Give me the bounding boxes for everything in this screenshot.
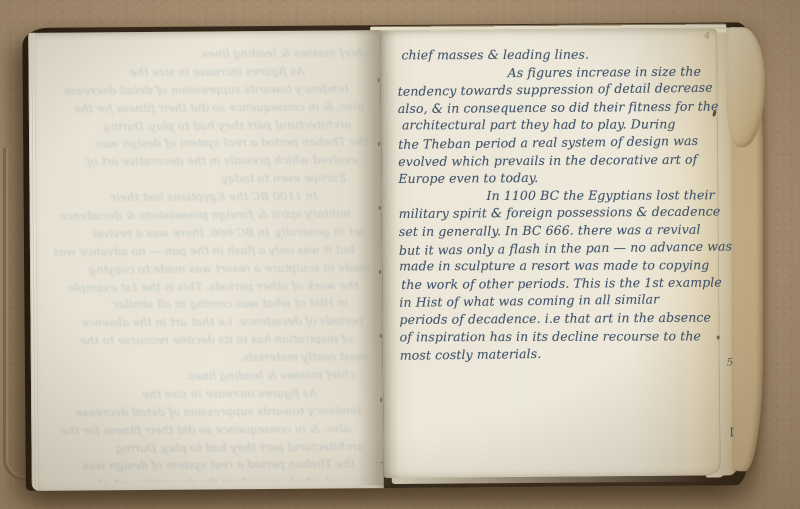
bleed-line: also, & in consequence so did their fitn…: [39, 98, 371, 118]
handwritten-line: also, & in consequence so did their fitn…: [398, 97, 706, 117]
handwritten-line: In 1100 BC the Egyptians lost their: [399, 186, 707, 205]
bleed-line: tendency towards suppression of detail d…: [39, 80, 371, 100]
ink-fleck: [717, 335, 720, 339]
handwritten-line: made in sculpture a resort was made to c…: [399, 256, 707, 275]
bleed-line: tendency towards suppression of detail d…: [41, 402, 373, 422]
handwritten-line: periods of decadence. i.e that art in th…: [399, 308, 707, 328]
bleed-line: made in sculpture a resort was made to c…: [40, 259, 372, 279]
left-page: chief masses & leading lines.As figures …: [28, 30, 384, 491]
bleed-through-text: chief masses & leading lines.As figures …: [38, 44, 373, 483]
handwriting-lines: chief masses & leading lines.As figures …: [397, 45, 707, 364]
bleed-line: Europe even to today.: [39, 169, 371, 189]
handwritten-line: chief masses & leading lines.: [397, 45, 705, 64]
bleed-line: chief masses & leading lines.: [41, 366, 373, 386]
notebook: chief masses & leading lines.As figures …: [0, 0, 800, 509]
edge-mark-5: 5: [726, 357, 733, 368]
page-number: 4: [704, 32, 710, 42]
bleed-line: but it was only a flash in the pan — no …: [40, 241, 372, 261]
handwritten-line: evolved which prevails in the decorative…: [398, 150, 706, 170]
edge-mark-i: I: [729, 425, 734, 439]
handwritten-line: most costly materials.: [400, 343, 708, 365]
bleed-line: also, & in consequence so did their fitn…: [41, 420, 373, 440]
bleed-line: chief masses & leading lines.: [38, 44, 370, 64]
handwritten-line: Europe even to today.: [398, 168, 706, 188]
bleed-line: set in generally. In BC 666. there was a…: [40, 223, 372, 243]
photo-of-open-notebook: chief masses & leading lines.As figures …: [0, 0, 800, 509]
